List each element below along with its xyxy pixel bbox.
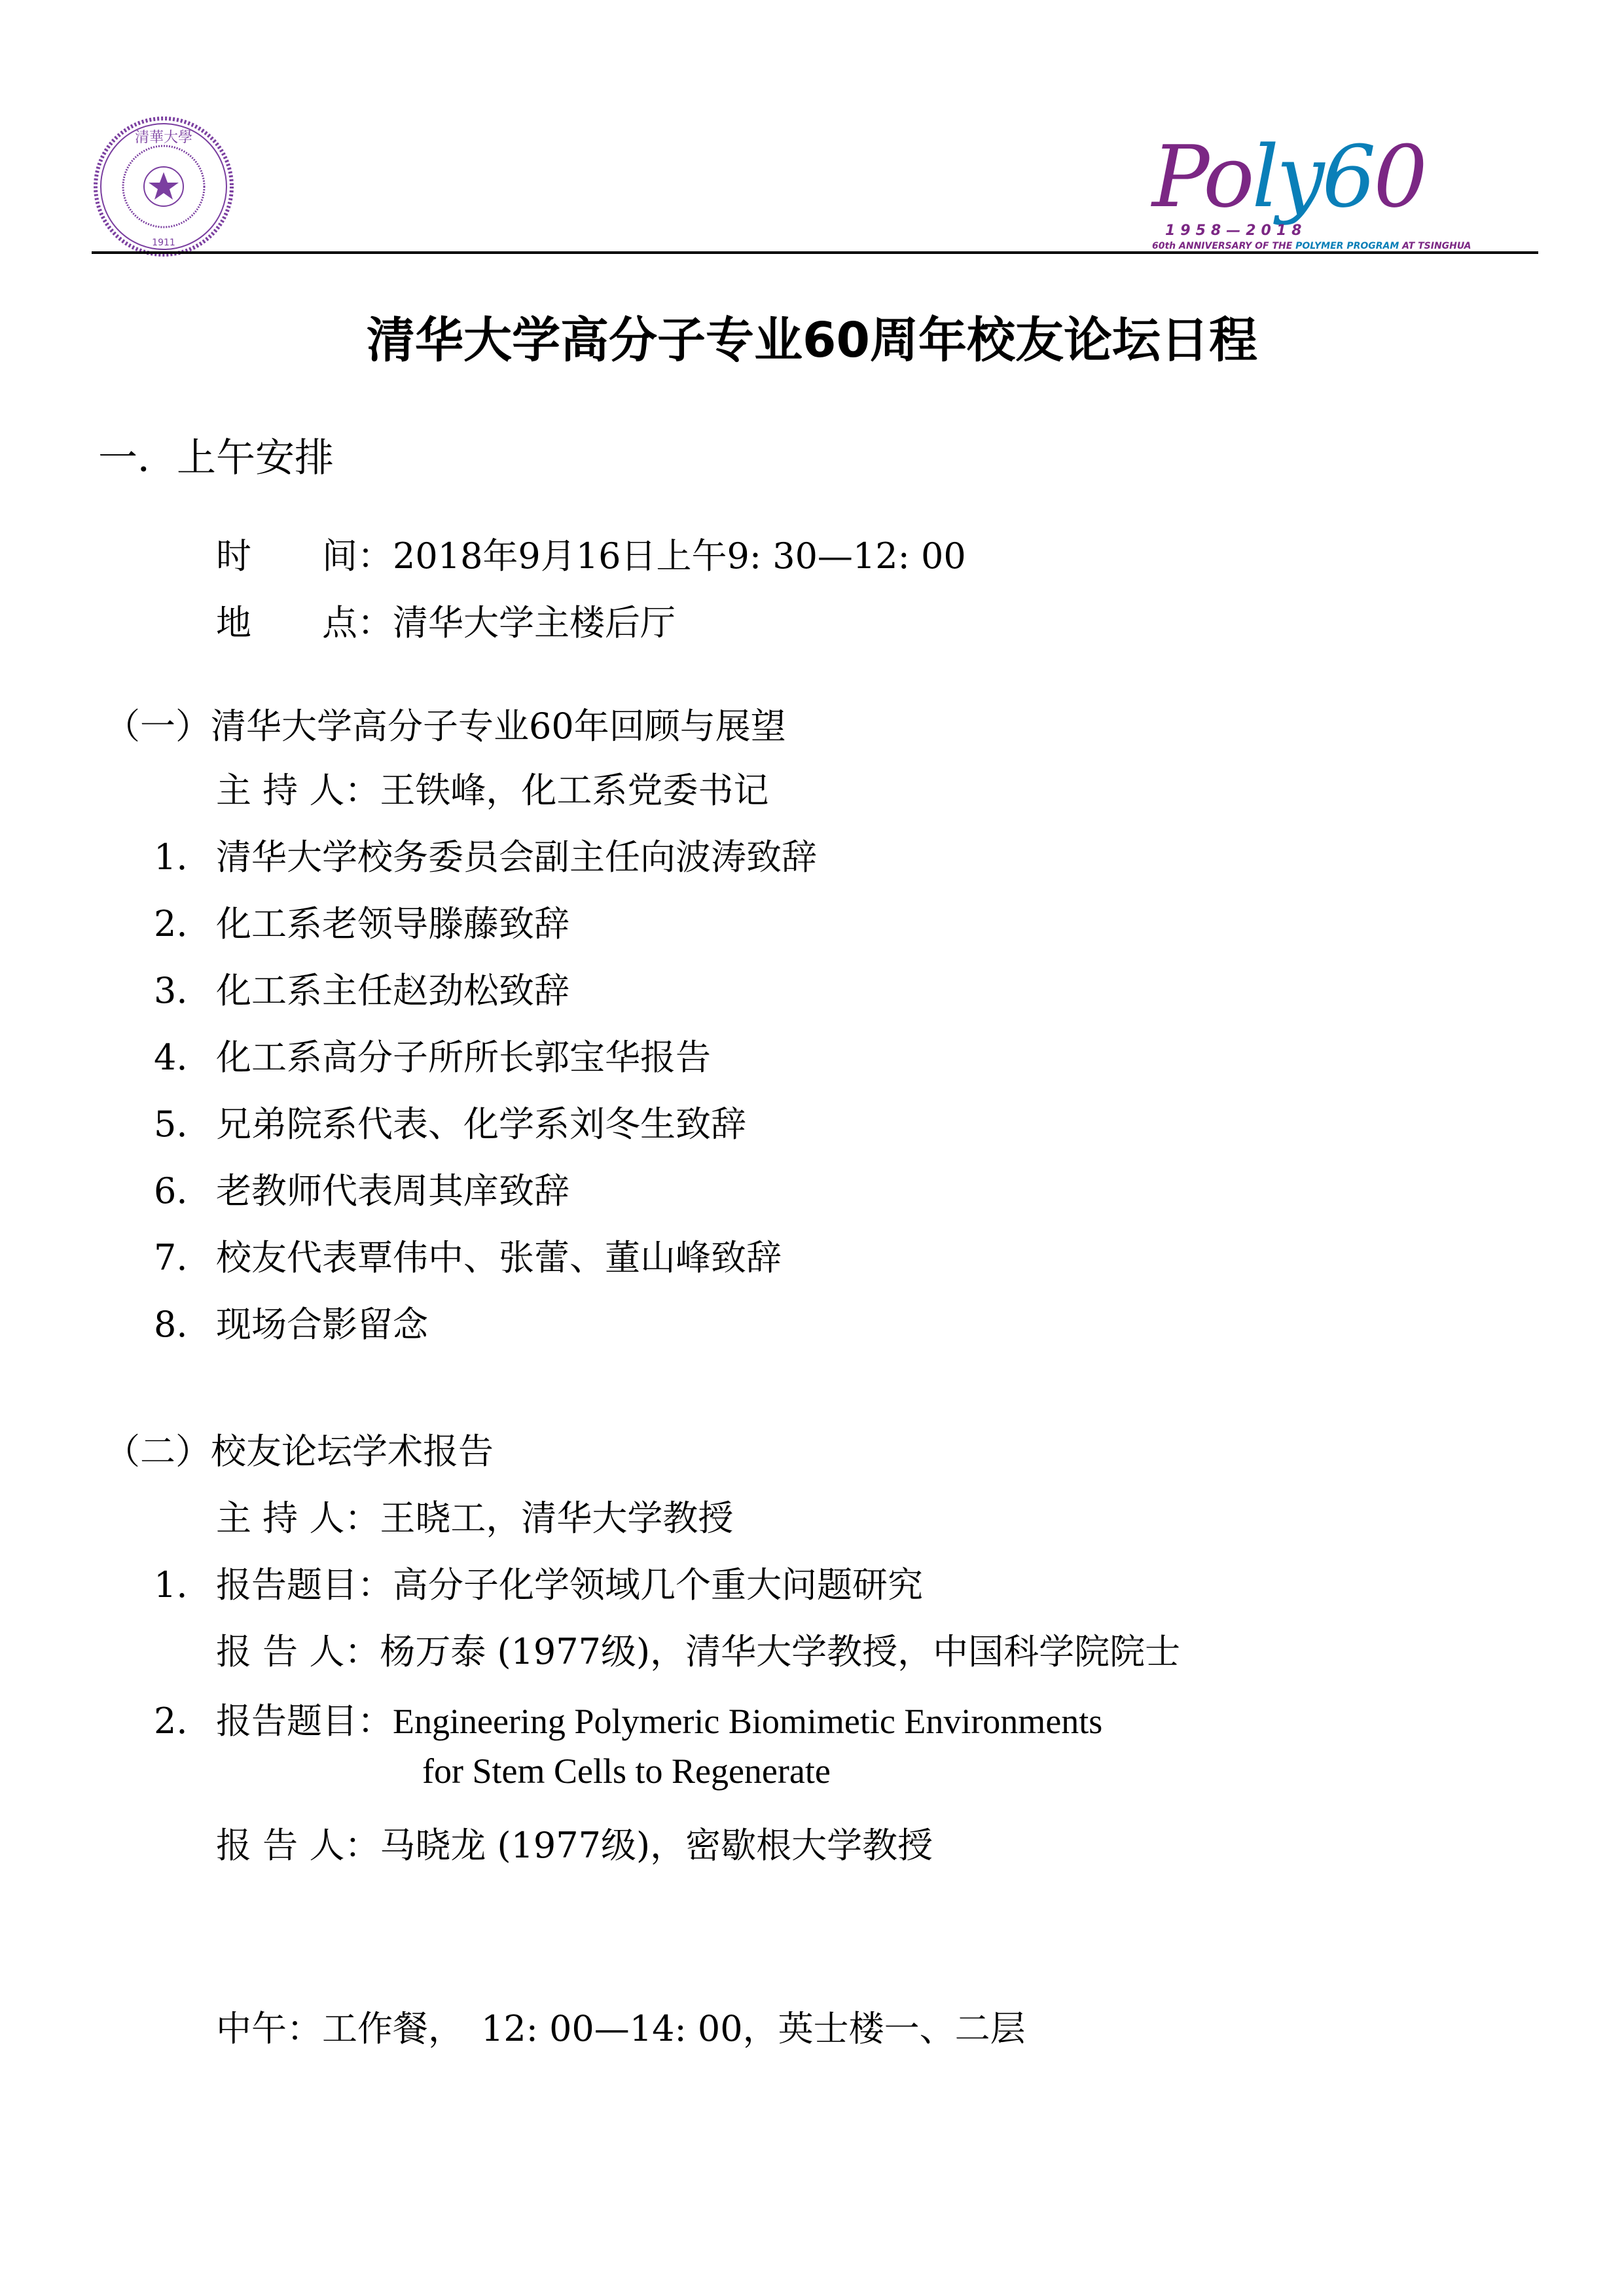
poly60-logo-wordmark: Poly60 xyxy=(1152,128,1425,226)
part2-heading: （二）校友论坛学术报告 xyxy=(105,1426,494,1478)
host-value: 王晓工，清华大学教授 xyxy=(380,1498,733,1539)
time-value: 2018年9月16日上午9: 30—12: 00 xyxy=(393,535,966,577)
part1-host-row: 主 持 人：王铁峰，化工系党委书记 xyxy=(216,764,768,817)
talk-title-row: 1.报告题目：高分子化学领域几个重大问题研究 xyxy=(154,1559,923,1611)
svg-text:清華大學: 清華大學 xyxy=(135,130,192,146)
page-title: 清华大学高分子专业60周年校友论坛日程 xyxy=(0,308,1624,373)
time-label: 时 间： xyxy=(216,530,393,583)
part2-host-row: 主 持 人：王晓工，清华大学教授 xyxy=(216,1492,733,1545)
list-item: 4.化工系高分子所所长郭宝华报告 xyxy=(154,1031,711,1084)
part1-heading: （一）清华大学高分子专业60年回顾与展望 xyxy=(105,700,786,753)
place-row: 地 点：清华大学主楼后厅 xyxy=(216,597,676,649)
talk-speaker-row: 报 告 人：杨万泰 (1977级)，清华大学教授，中国科学院院士 xyxy=(216,1626,1180,1678)
talk-title-row: 2.报告题目：Engineering Polymeric Biomimetic … xyxy=(154,1695,1102,1748)
place-label: 地 点： xyxy=(216,597,393,649)
list-item: 3.化工系主任赵劲松致辞 xyxy=(154,965,569,1017)
host-label: 主 持 人： xyxy=(216,1498,380,1539)
list-item: 6.老教师代表周其庠致辞 xyxy=(154,1165,569,1217)
talk-title-line2: for Stem Cells to Regenerate xyxy=(422,1745,831,1797)
lunch-note: 中午：工作餐， 12: 00—14: 00，英士楼一、二层 xyxy=(216,2003,1026,2055)
header-divider xyxy=(92,251,1538,254)
list-item: 2.化工系老领导滕藤致辞 xyxy=(154,898,569,950)
section-heading-morning: 一．上午安排 xyxy=(98,429,334,488)
place-value: 清华大学主楼后厅 xyxy=(393,602,676,643)
logo-tagline: 60th ANNIVERSARY OF THE POLYMER PROGRAM … xyxy=(1152,241,1471,251)
talk-speaker-row: 报 告 人：马晓龙 (1977级)，密歇根大学教授 xyxy=(216,1820,933,1872)
host-value: 王铁峰，化工系党委书记 xyxy=(380,770,768,811)
logo-number-6: 6 xyxy=(1322,127,1374,226)
list-item: 1.清华大学校务委员会副主任向波涛致辞 xyxy=(154,831,817,884)
logo-number-0: 0 xyxy=(1373,127,1425,226)
time-row: 时 间：2018年9月16日上午9: 30—12: 00 xyxy=(216,530,966,583)
list-item: 7.校友代表覃伟中、张蕾、董山峰致辞 xyxy=(154,1232,782,1284)
host-label: 主 持 人： xyxy=(216,770,380,811)
svg-text:1911: 1911 xyxy=(152,238,175,248)
list-item: 8.现场合影留念 xyxy=(154,1299,428,1351)
logo-years: 1958—2018 xyxy=(1165,223,1307,239)
tsinghua-university-seal-icon: 清華大學 1911 xyxy=(92,115,236,259)
list-item: 5.兄弟院系代表、化学系刘冬生致辞 xyxy=(154,1098,746,1151)
